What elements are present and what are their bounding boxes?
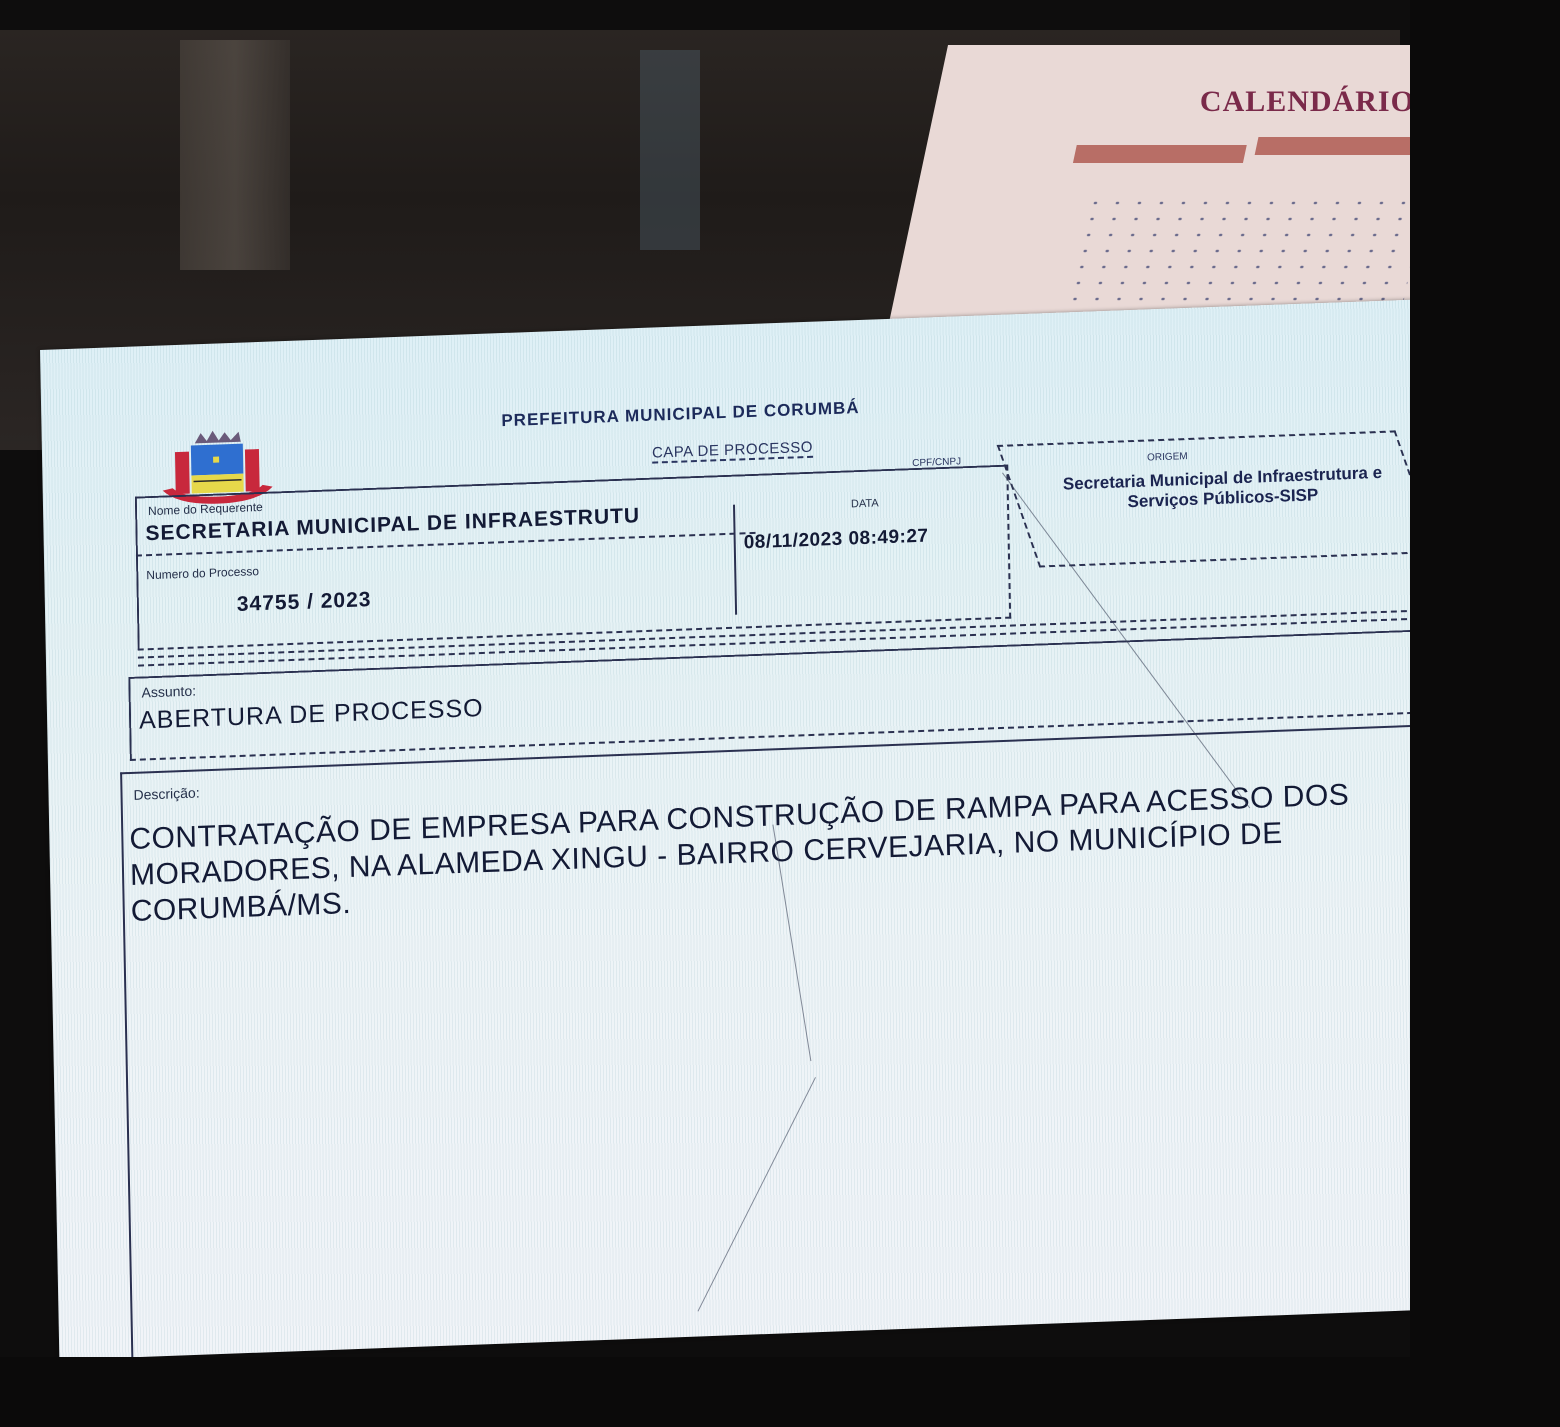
subject-label: Assunto:	[141, 683, 196, 701]
background-object	[640, 50, 700, 250]
origin-label: ORIGEM	[1147, 451, 1188, 463]
requester-section	[135, 465, 1011, 651]
calendar-days-grid	[1061, 195, 1427, 315]
calendar-month-header	[1255, 137, 1429, 155]
process-cover-document: PREFEITURA MUNICIPAL DE CORUMBÁ CAPA DE …	[40, 298, 1478, 1360]
organization-title: PREFEITURA MUNICIPAL DE CORUMBÁ	[501, 398, 860, 431]
background-wall	[180, 40, 290, 270]
document-type: CAPA DE PROCESSO	[652, 439, 813, 464]
date-label: DATA	[851, 497, 879, 510]
process-number-value: 34755 / 2023	[237, 588, 372, 617]
calendar-month-header	[1073, 145, 1247, 163]
monitor-bezel	[1410, 0, 1560, 1427]
description-label: Descrição:	[133, 784, 199, 802]
cpf-cnpj-label: CPF/CNPJ	[912, 456, 961, 469]
monitor-bezel	[0, 1357, 1560, 1427]
